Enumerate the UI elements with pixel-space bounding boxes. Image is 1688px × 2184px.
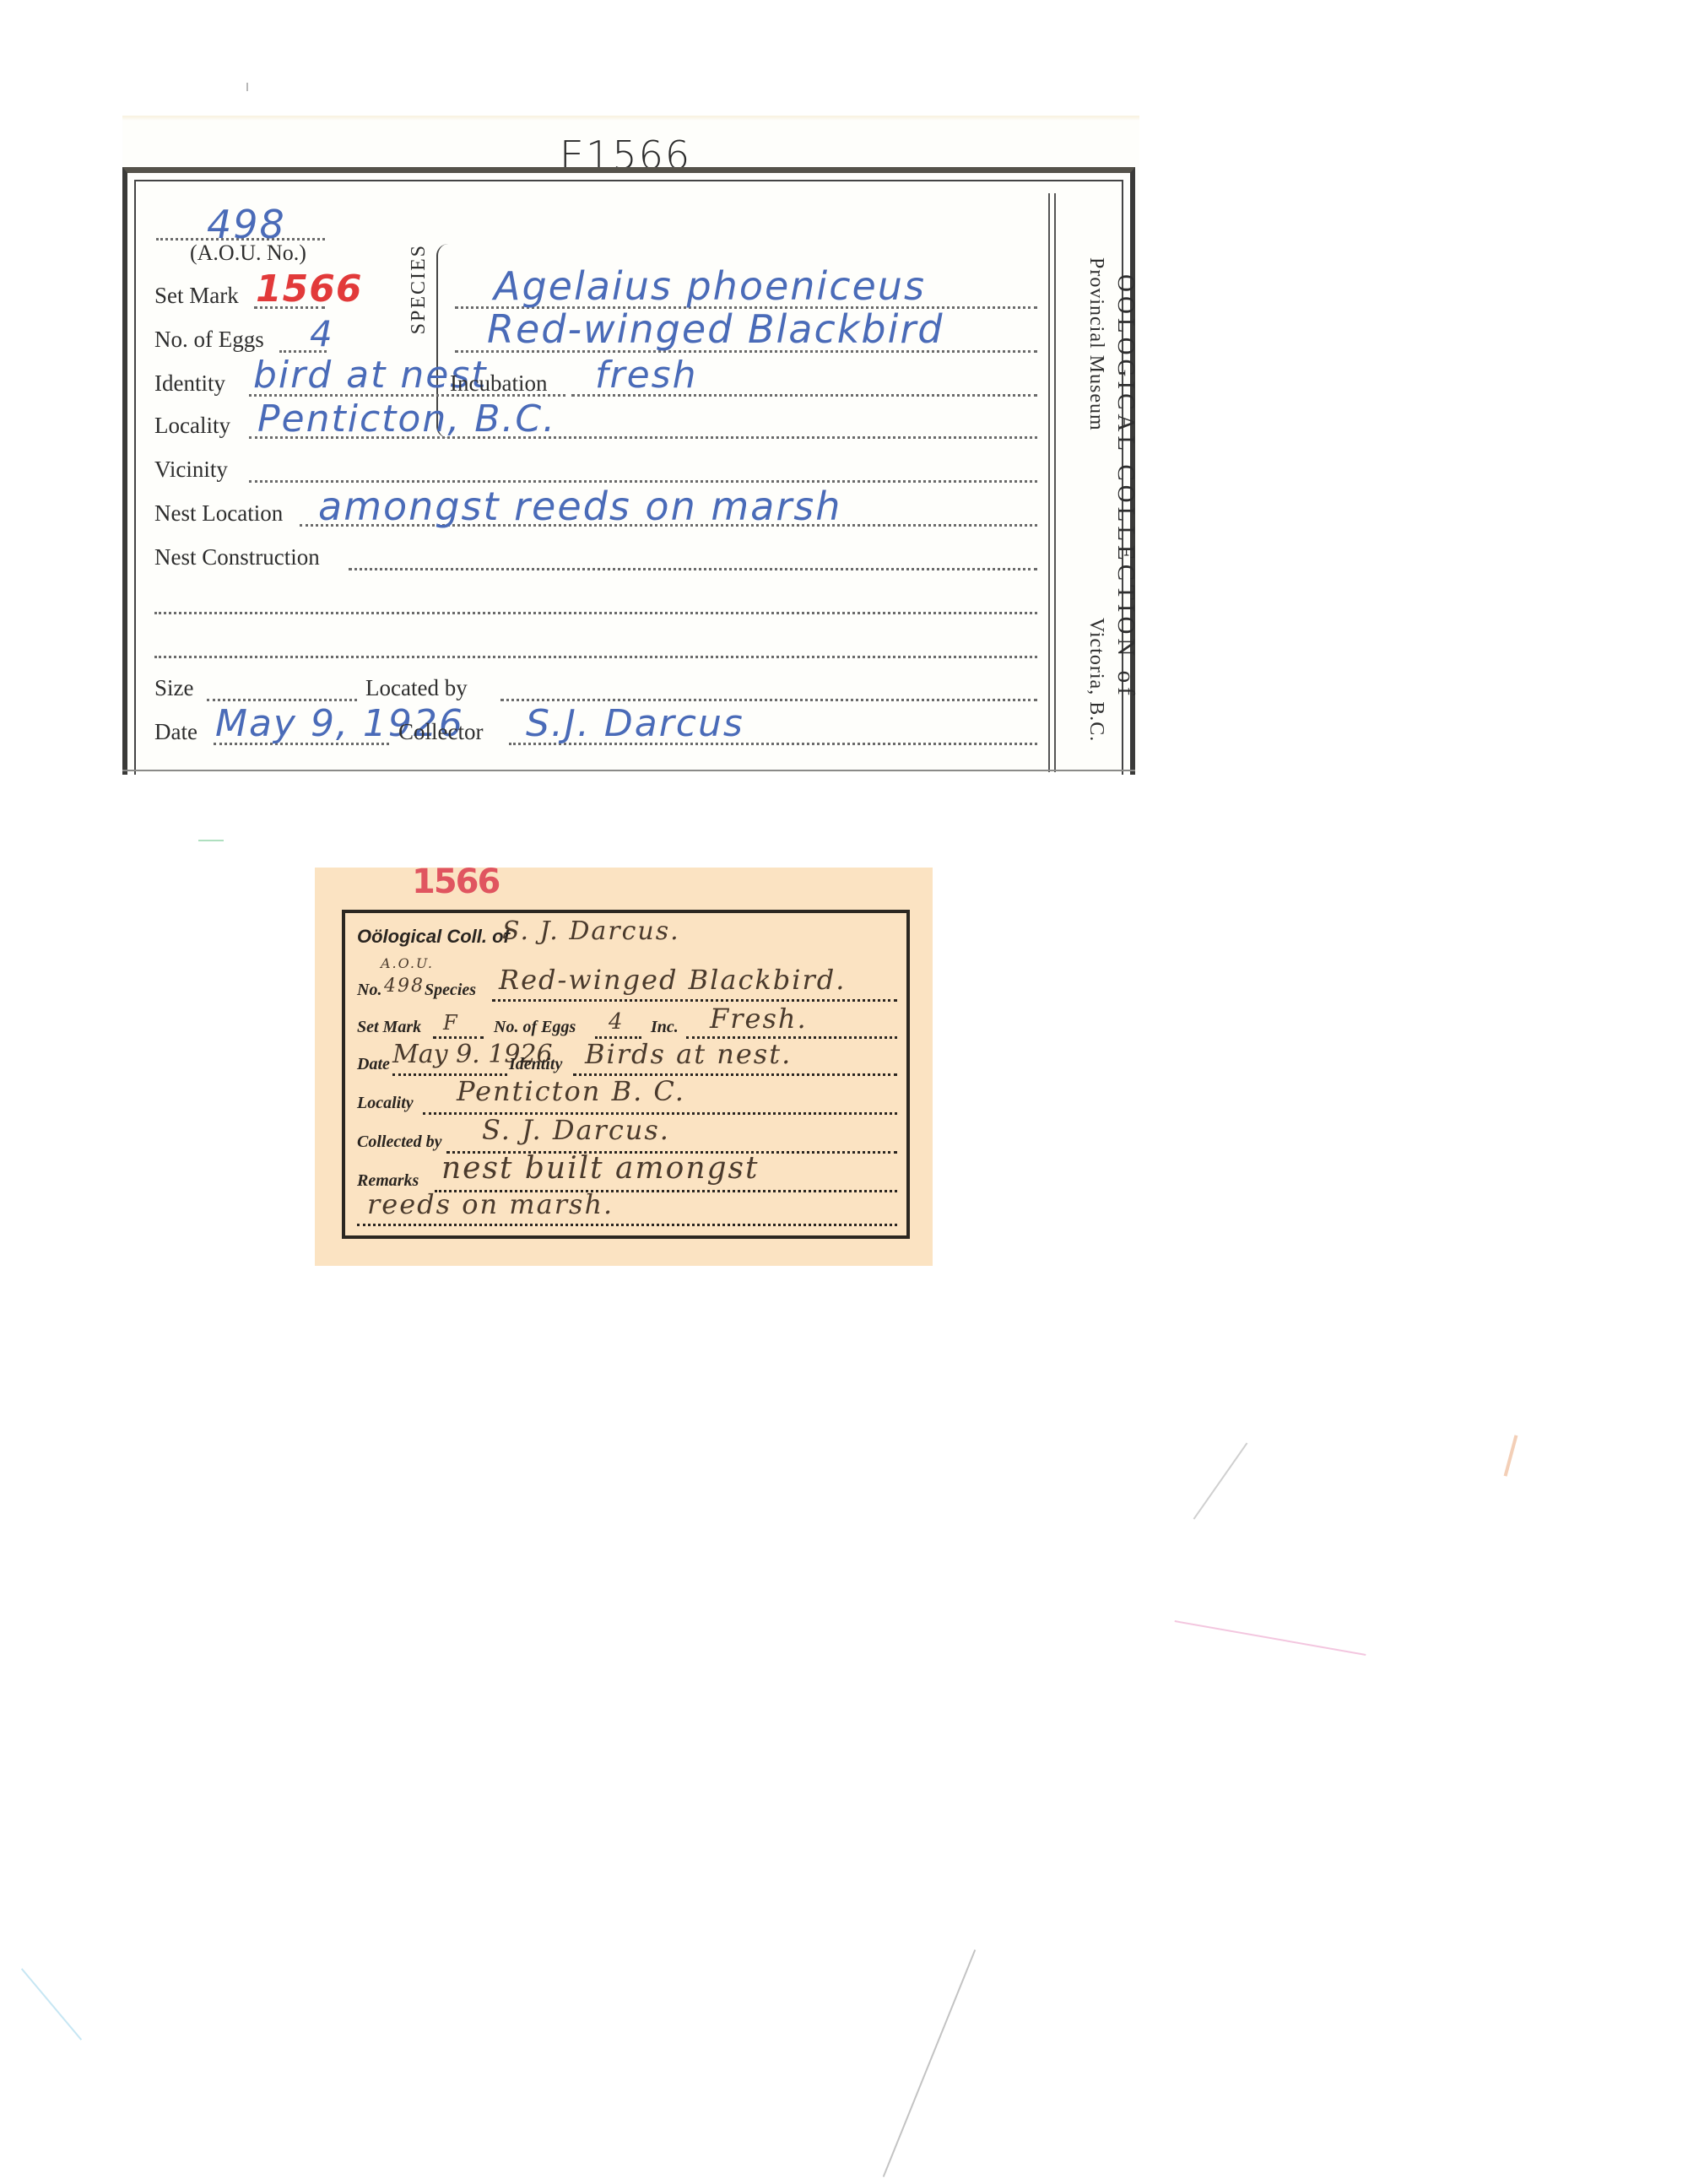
- set-mark-value: 1566: [256, 268, 362, 311]
- eggs-label: No. of Eggs: [494, 1018, 576, 1037]
- collected-by-label: Collected by: [357, 1133, 442, 1152]
- set-mark-label: Set Mark: [357, 1018, 421, 1037]
- identity-label: Identity: [154, 370, 225, 397]
- inc-value: Fresh.: [710, 1003, 808, 1035]
- scan-speck: [1175, 1620, 1366, 1656]
- nest-construction-label: Nest Construction: [154, 544, 320, 570]
- collection-owner-label: Oölogical Coll. of: [357, 926, 510, 948]
- card-bottom-edge: [122, 770, 1135, 771]
- collection-title: OOLOGICAL COLLECTION of: [1112, 274, 1139, 700]
- locality-value: Penticton, B.C.: [257, 397, 556, 441]
- aou-superscript: A.O.U.: [381, 955, 434, 971]
- identity-value: Birds at nest.: [585, 1038, 792, 1070]
- scan-speck: [198, 840, 224, 841]
- set-mark-stamp: 1566: [412, 862, 499, 901]
- collection-owner-value: S. J. Darcus.: [502, 916, 680, 946]
- scan-speck: [883, 1949, 976, 2177]
- eggs-value: 4: [310, 313, 334, 354]
- set-mark-label: Set Mark: [154, 283, 239, 309]
- scan-speck: [246, 83, 248, 91]
- set-mark-value: F: [443, 1011, 459, 1035]
- date-label: Date: [357, 1055, 390, 1074]
- size-label: Size: [154, 675, 194, 701]
- locality-label: Locality: [357, 1094, 414, 1113]
- locality-value: Penticton B. C.: [457, 1075, 685, 1107]
- aou-number-label: (A.O.U. No.): [190, 241, 306, 266]
- side-panel-divider: [1048, 193, 1050, 772]
- species-label: SPECIES: [408, 244, 430, 334]
- scan-speck: [1193, 1442, 1248, 1519]
- museum-name: Provincial Museum: [1085, 257, 1107, 431]
- incubation-value: fresh: [595, 354, 697, 397]
- incubation-label: Incubation: [450, 370, 547, 397]
- nest-location-label: Nest Location: [154, 500, 283, 527]
- side-panel-divider: [1054, 193, 1056, 772]
- species-value: Red-winged Blackbird.: [499, 964, 846, 996]
- remarks-value-line2: reeds on marsh.: [367, 1188, 614, 1220]
- inc-label: Inc.: [651, 1018, 679, 1037]
- no-label: No.: [357, 981, 381, 1000]
- species-common-value: Red-winged Blackbird: [487, 306, 944, 352]
- eggs-value: 4: [609, 1009, 625, 1035]
- collector-data-card: 1566 Oölogical Coll. of S. J. Darcus. A.…: [315, 868, 933, 1266]
- card-paper-edge: [122, 116, 1139, 121]
- scan-speck: [1504, 1435, 1518, 1476]
- no-value: 498: [384, 976, 425, 997]
- collector-value: S.J. Darcus: [526, 702, 744, 745]
- locality-label: Locality: [154, 413, 230, 439]
- museum-data-card: E1566 Provincial Museum OOLOGICAL COLLEC…: [122, 116, 1139, 772]
- nest-location-value: amongst reeds on marsh: [318, 484, 841, 529]
- species-label: Species: [425, 981, 476, 1000]
- eggs-label: No. of Eggs: [154, 327, 264, 353]
- date-label: Date: [154, 719, 197, 745]
- scan-speck: [21, 1968, 82, 2041]
- species-scientific-value: Agelaius phoeniceus: [494, 263, 926, 309]
- collected-by-value: S. J. Darcus.: [482, 1114, 670, 1146]
- collector-label: Collector: [398, 719, 483, 745]
- vicinity-label: Vicinity: [154, 457, 228, 483]
- remarks-value-line1: nest built amongst: [441, 1151, 760, 1186]
- museum-location: Victoria, B.C.: [1085, 618, 1107, 742]
- identity-label: Identity: [509, 1055, 562, 1074]
- located-by-label: Located by: [365, 675, 468, 701]
